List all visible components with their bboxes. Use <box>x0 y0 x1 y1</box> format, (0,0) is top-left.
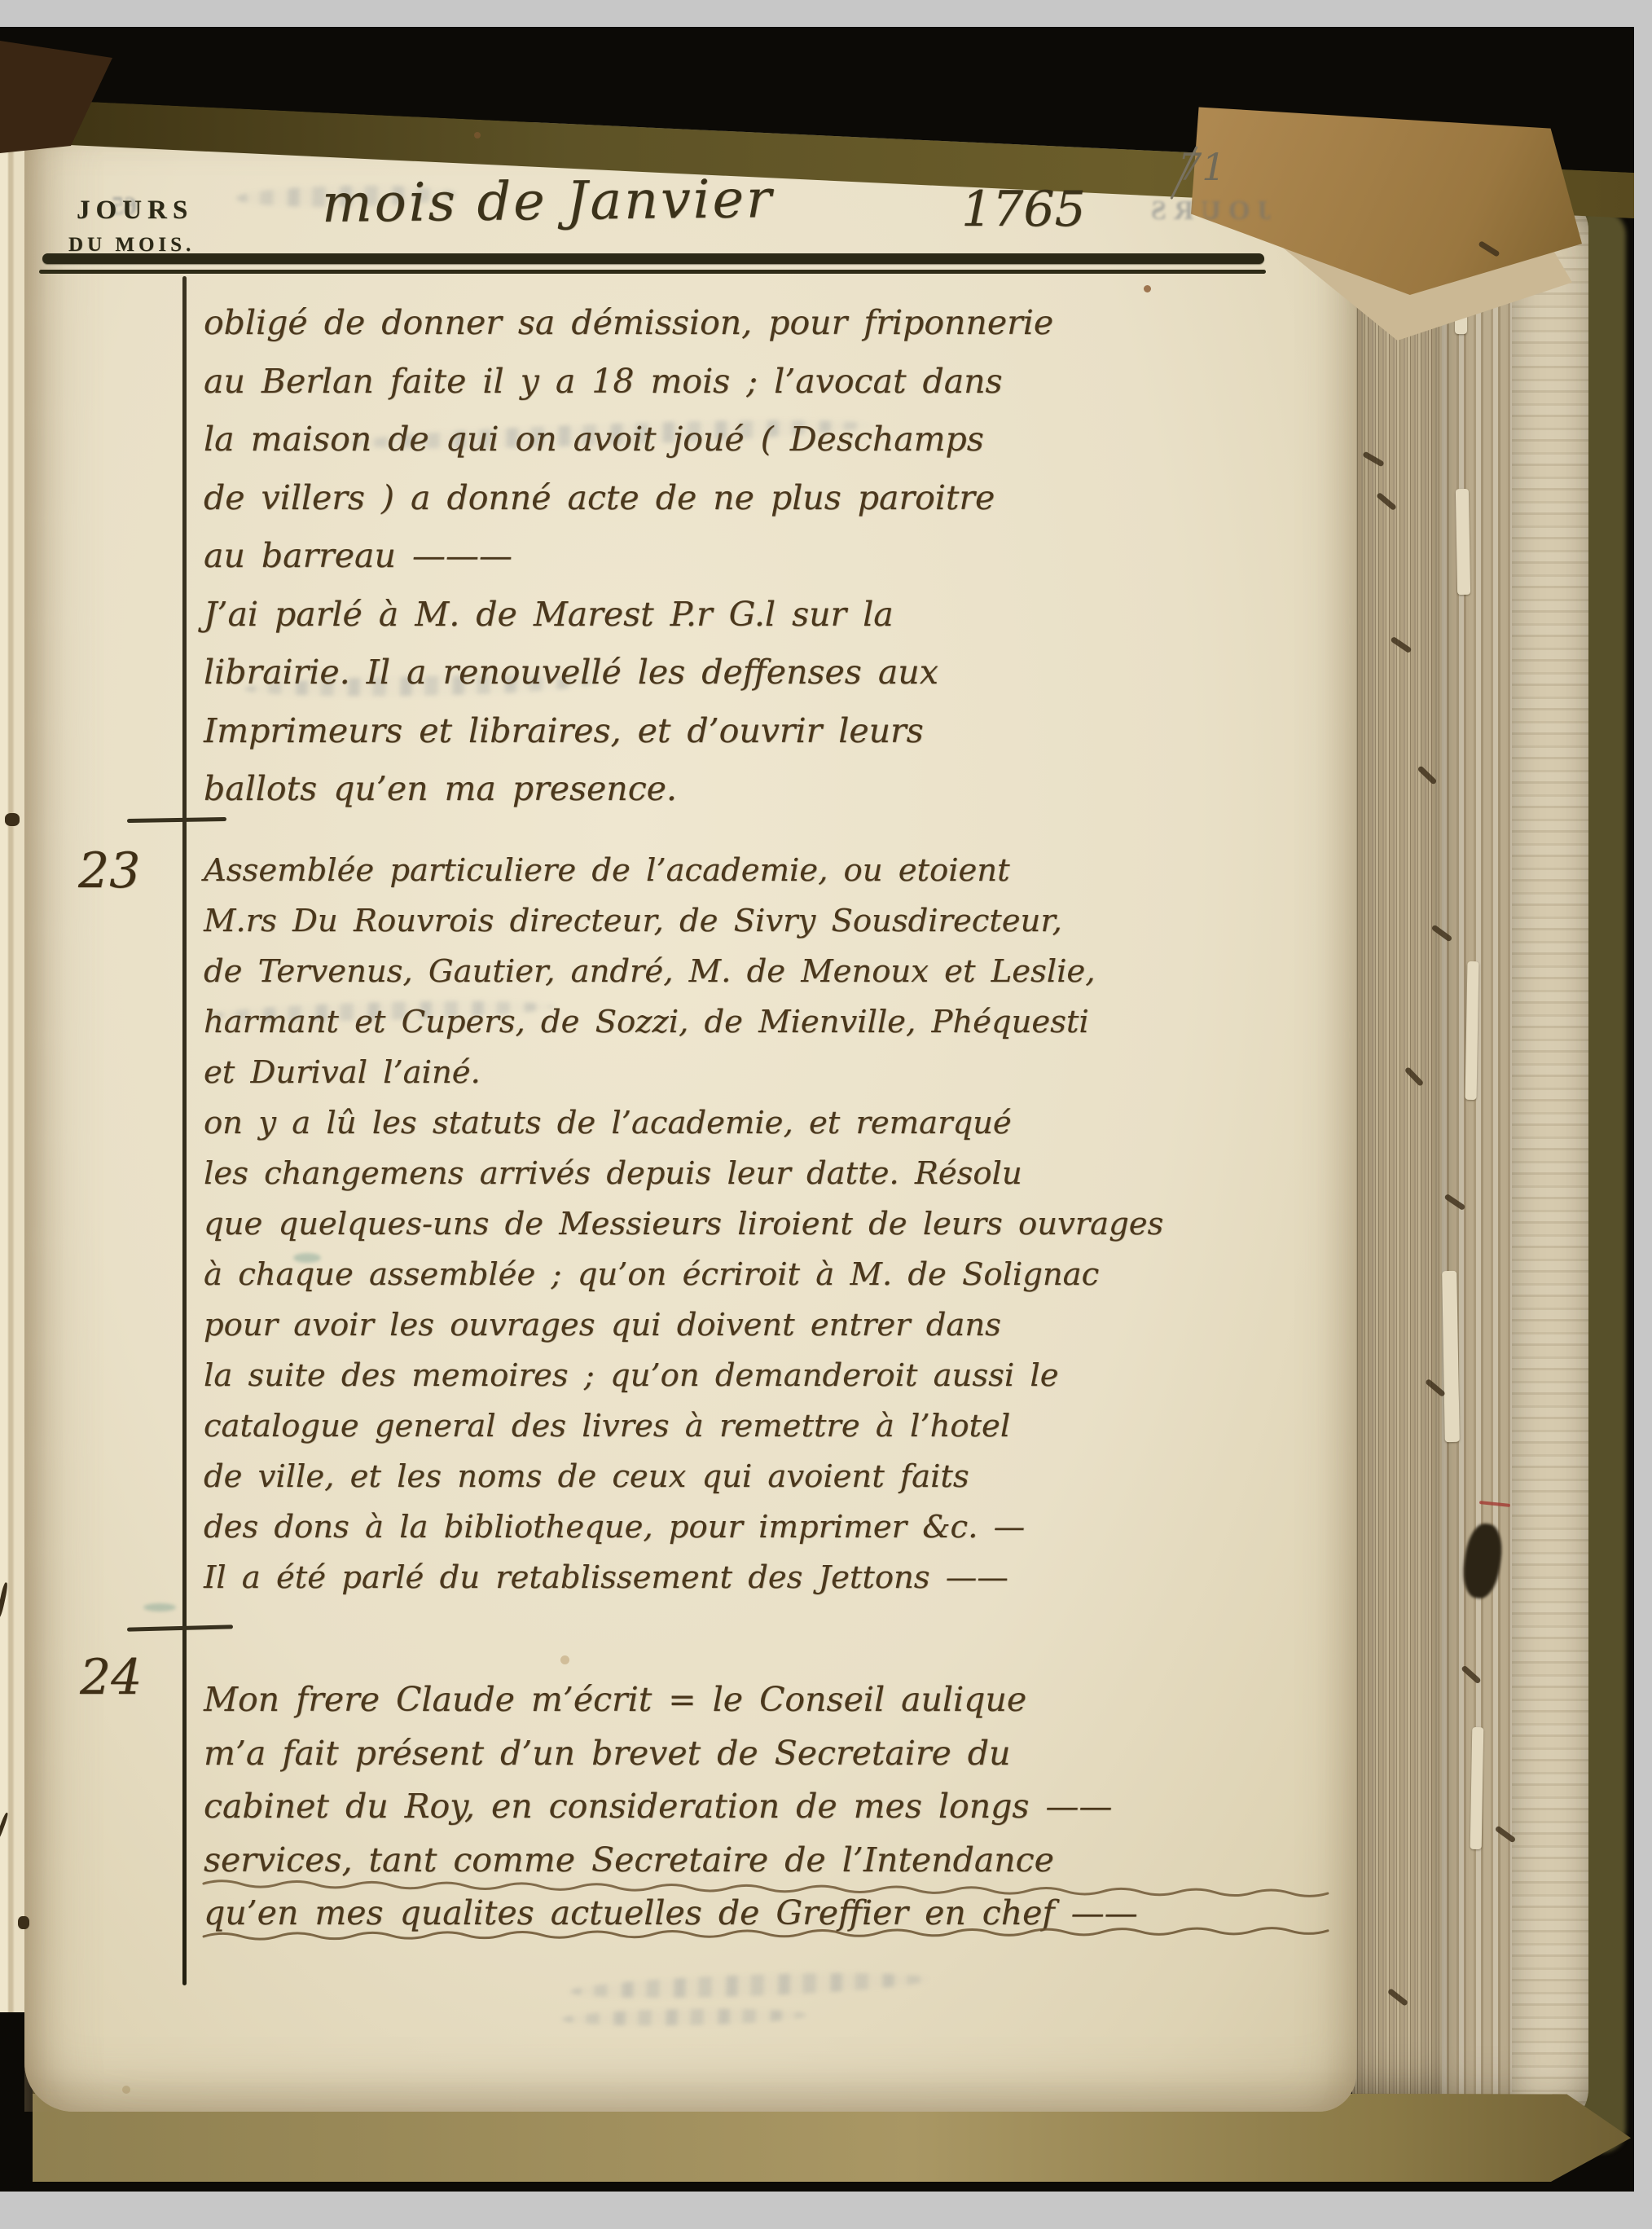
curled-page-slip <box>1456 489 1470 595</box>
curled-page-slip <box>1470 1727 1484 1849</box>
manuscript-line: m’a fait présent d’un brevet de Secretai… <box>204 1734 1010 1773</box>
manuscript-line: ballots qu’en ma presence. <box>204 769 677 808</box>
manuscript-line: harmant et Cupers, de Sozzi, de Mienvill… <box>204 1004 1089 1040</box>
manuscript-line: Il a été parlé du retablissement des Jet… <box>204 1559 1008 1596</box>
manuscript-line: librairie. Il a renouvellé les deffenses… <box>204 653 938 692</box>
fore-edge-page-stack <box>1352 155 1447 2104</box>
manuscript-line: la maison de qui on avoit joué ( Descham… <box>204 420 984 459</box>
manuscript-line: Mon frere Claude m’écrit = le Conseil au… <box>204 1680 1026 1719</box>
manuscript-line: les changemens arrivés depuis leur datte… <box>204 1155 1022 1192</box>
manuscript-line: au barreau ——— <box>204 536 512 575</box>
paper-stain <box>474 132 481 138</box>
manuscript-line: Imprimeurs et libraires, et d’ouvrir leu… <box>204 711 924 750</box>
year-value: 1765 <box>961 181 1086 238</box>
scanner-bed-top <box>0 0 1652 27</box>
manuscript-line: Assemblée particuliere de l’academie, ou… <box>204 852 1010 889</box>
manuscript-line: la suite des memoires ; qu’on demanderoi… <box>204 1357 1059 1394</box>
paper-stain <box>560 1655 569 1664</box>
verdigris-tint <box>143 1603 176 1611</box>
manuscript-line: services, tant comme Secretaire de l’Int… <box>204 1840 1054 1879</box>
manuscript-line: des dons à la bibliotheque, pour imprime… <box>204 1509 1025 1545</box>
paper-stain <box>122 2086 130 2094</box>
paper-stain <box>1144 285 1151 292</box>
header-rule-thin <box>39 270 1266 274</box>
manuscript-line: que quelques-uns de Messieurs liroient d… <box>204 1206 1163 1242</box>
gutter-crease <box>24 122 67 2112</box>
manuscript-line: de villers ) a donné acte de ne plus par… <box>204 478 995 517</box>
fore-edge-rough-paper <box>1512 196 1588 2128</box>
scanned-manuscript-photo: JOURS DU MOIS. mois de Janvier 1765 71 J… <box>0 0 1652 2229</box>
bleedthrough-text: JOURS <box>1144 196 1271 226</box>
margin-column-rule <box>182 276 187 1985</box>
underlying-page-edge <box>0 114 28 2012</box>
manuscript-line: M.rs Du Rouvrois directeur, de Sivry Sou… <box>204 903 1062 939</box>
manuscript-line: pour avoir les ouvrages qui doivent entr… <box>204 1307 1001 1343</box>
gutter-ink-mark <box>5 813 20 826</box>
manuscript-line: catalogue general des livres à remettre … <box>204 1408 1010 1444</box>
scanner-bed-right <box>1634 0 1652 2229</box>
gutter-ink-mark <box>18 1916 29 1929</box>
manuscript-line: cabinet du Roy, en consideration de mes … <box>204 1787 1112 1826</box>
manuscript-line: à chaque assemblée ; qu’on écriroit à M.… <box>204 1256 1099 1293</box>
manuscript-line: au Berlan faite il y a 18 mois ; l’avoca… <box>204 362 1003 401</box>
header-rule-thick <box>42 253 1264 264</box>
manuscript-line: J’ai parlé à M. de Marest P.r G.l sur la <box>204 595 894 634</box>
manuscript-line: on y a lû les statuts de l’academie, et … <box>204 1105 1012 1141</box>
day-number: 24 <box>80 1649 142 1706</box>
manuscript-line: obligé de donner sa démission, pour frip… <box>204 303 1053 342</box>
month-title: mois de Janvier <box>322 169 775 235</box>
manuscript-line: et Durival l’ainé. <box>204 1054 481 1091</box>
day-column-label-line1: JOURS <box>77 196 193 226</box>
curled-page-slip <box>1465 961 1479 1100</box>
curled-page-slip <box>1442 1271 1460 1442</box>
scanner-bed-bottom <box>0 2192 1652 2229</box>
manuscript-line: de Tervenus, Gautier, andré, M. de Menou… <box>204 953 1095 990</box>
day-number: 23 <box>78 842 140 899</box>
manuscript-line: de ville, et les noms de ceux qui avoien… <box>204 1458 969 1495</box>
